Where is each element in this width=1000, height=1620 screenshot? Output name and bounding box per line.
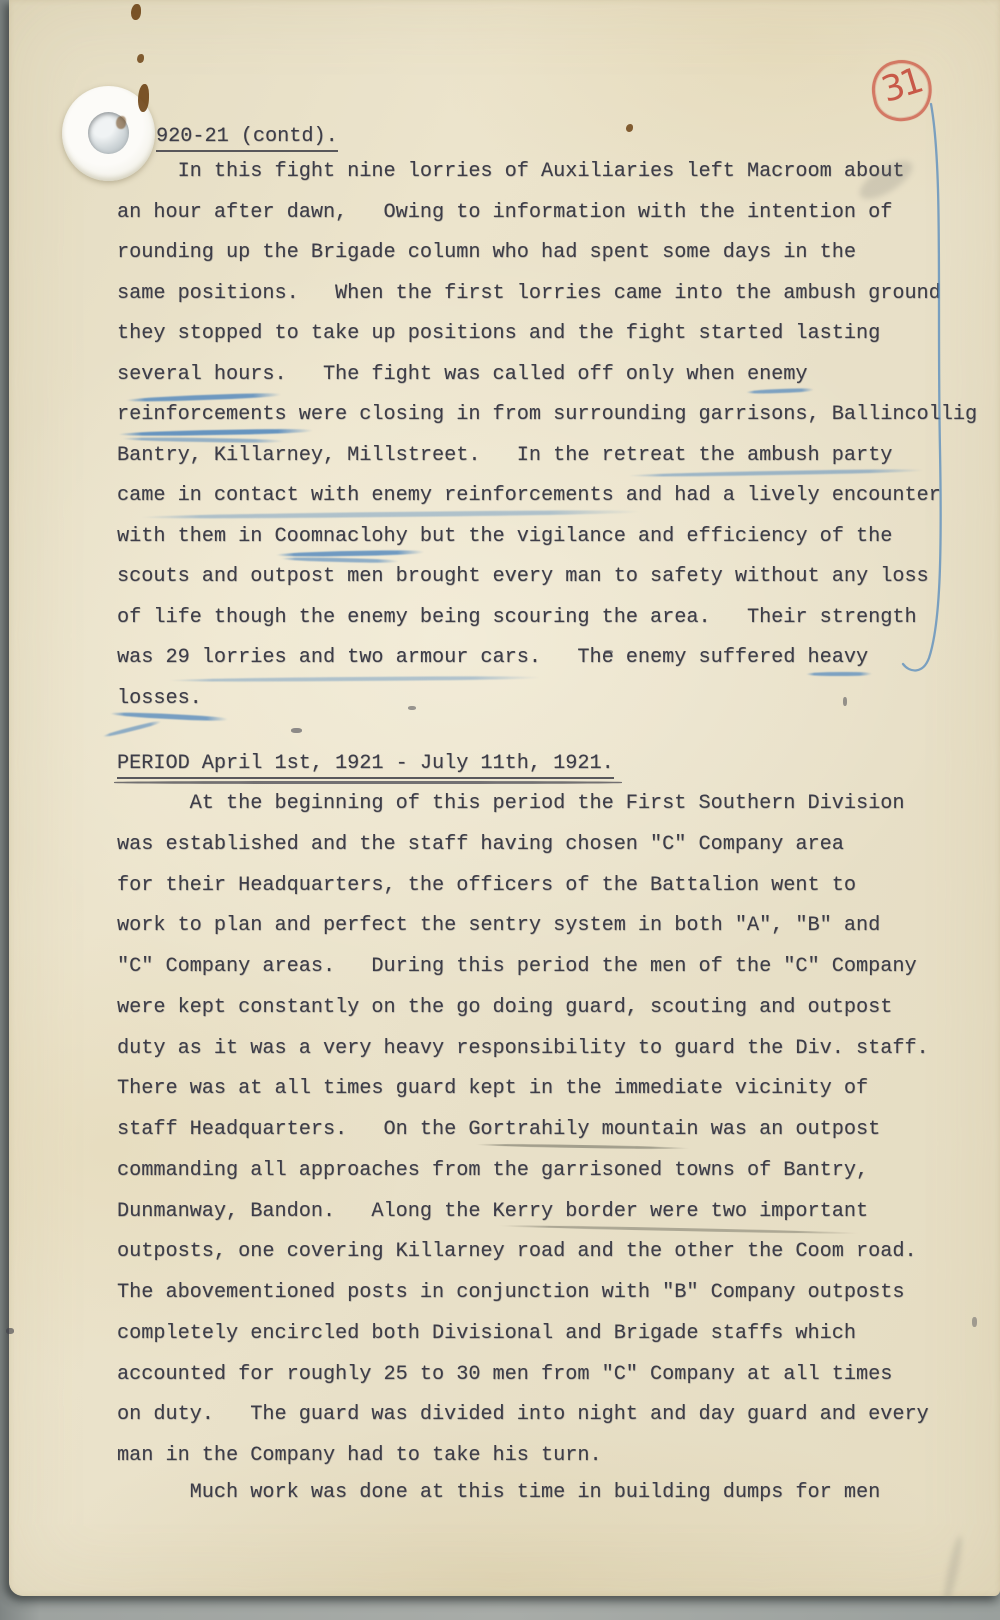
text-line: There was at all times guard kept in the… — [117, 1069, 929, 1110]
text-line: reinforcements were closing in from surr… — [117, 395, 977, 436]
text-line: with them in Coomnaclohy but the vigilan… — [117, 517, 977, 558]
text-line: work to plan and perfect the sentry syst… — [117, 906, 929, 947]
text-line: Bantry, Killarney, Millstreet. In the re… — [117, 436, 977, 477]
text-line: was established and the staff having cho… — [117, 825, 929, 866]
heading-period-text: PERIOD April 1st, 1921 - July 11th, 1921… — [117, 752, 614, 779]
text-line: commanding all approaches from the garri… — [117, 1151, 929, 1192]
text-line: duty as it was a very heavy responsibili… — [117, 1029, 929, 1070]
scanned-document: 920-21 (contd). In this fight nine lorri… — [0, 0, 1000, 1620]
stamp-number: 31 — [877, 61, 926, 111]
text-line: scouts and outpost men brought every man… — [117, 557, 977, 598]
hole-punch-stain — [116, 116, 126, 129]
text-line: for their Headquarters, the officers of … — [117, 866, 929, 907]
text-line: In this fight nine lorries of Auxiliarie… — [117, 152, 977, 193]
text-line: several hours. The fight was called off … — [117, 355, 977, 396]
text-line: losses. — [117, 679, 977, 720]
text-line: man in the Company had to take his turn. — [117, 1436, 929, 1477]
text-line: an hour after dawn, Owing to information… — [117, 193, 977, 234]
text-line: same positions. When the first lorries c… — [117, 274, 977, 315]
text-line: was 29 lorries and two armour cars. The … — [117, 638, 977, 679]
text-line: accounted for roughly 25 to 30 men from … — [117, 1355, 929, 1396]
heading-1920-21-text: 920-21 (contd). — [156, 125, 338, 152]
text-line: "C" Company areas. During this period th… — [117, 947, 929, 988]
text-line: on duty. The guard was divided into nigh… — [117, 1395, 929, 1436]
text-line: At the beginning of this period the Firs… — [117, 784, 929, 825]
paragraph-first-southern-division: At the beginning of this period the Firs… — [117, 784, 929, 1477]
text-line: rounding up the Brigade column who had s… — [117, 233, 977, 274]
text-line: outposts, one covering Killarney road an… — [117, 1232, 929, 1273]
text-line: staff Headquarters. On the Gortrahily mo… — [117, 1110, 929, 1151]
text-line: Much work was done at this time in build… — [117, 1473, 880, 1514]
paragraph-ambush-account: In this fight nine lorries of Auxiliarie… — [117, 152, 977, 719]
paragraph-much-work: Much work was done at this time in build… — [117, 1473, 880, 1514]
section-heading-period: PERIOD April 1st, 1921 - July 11th, 1921… — [117, 744, 614, 785]
text-line: The abovementioned posts in conjunction … — [117, 1273, 929, 1314]
hole-punch-reinforcement — [62, 86, 155, 181]
text-line: they stopped to take up positions and th… — [117, 314, 977, 355]
text-line: were kept constantly on the go doing gua… — [117, 988, 929, 1029]
text-line: of life though the enemy being scouring … — [117, 598, 977, 639]
text-line: Dunmanway, Bandon. Along the Kerry borde… — [117, 1192, 929, 1233]
text-line: completely encircled both Divisional and… — [117, 1314, 929, 1355]
text-line: came in contact with enemy reinforcement… — [117, 476, 977, 517]
